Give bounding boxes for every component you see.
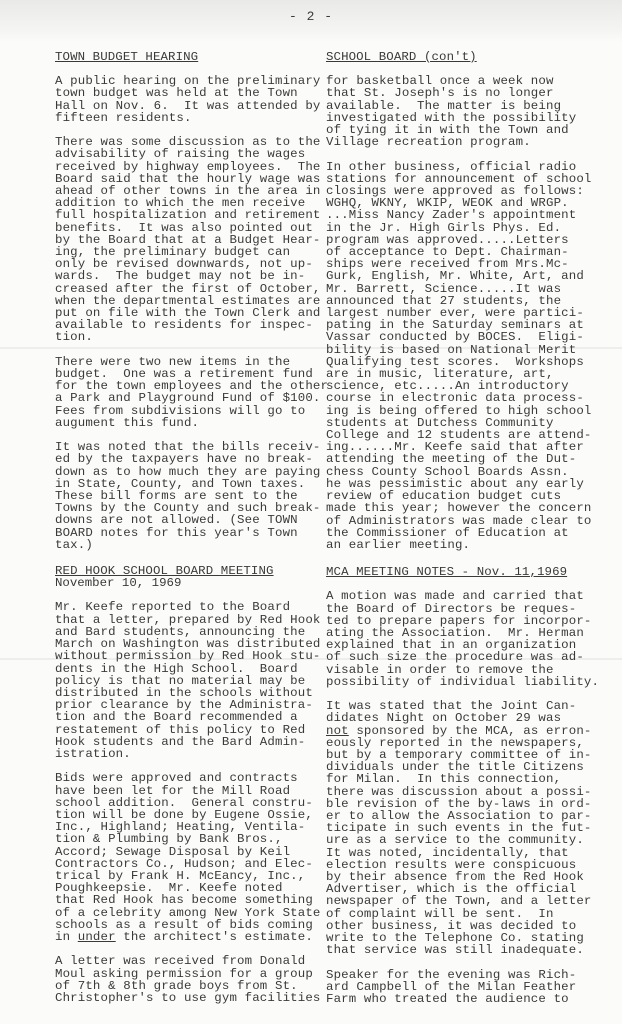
paragraph: It was noted that the bills receiv-ed by… — [55, 441, 317, 551]
red-hook-school-board-section: RED HOOK SCHOOL BOARD MEETING November 1… — [55, 565, 317, 1004]
paragraph-line: without permission by Red Hook stu- — [55, 650, 317, 662]
paragraph-line: Christopher's to use gym facilities — [55, 992, 317, 1004]
paragraph-line: Mr. Keefe reported to the Board — [55, 601, 317, 613]
paragraph: In other business, official radiostation… — [326, 161, 606, 552]
paragraph: A motion was made and carried thatthe Bo… — [326, 590, 606, 688]
paragraph-line: available to residents for inspec- — [55, 319, 317, 331]
paragraph-line: creased after the first of October, — [55, 283, 317, 295]
paragraph-line: Village recreation program. — [326, 136, 606, 148]
paragraph-line: Accord; Sewage Disposal by Keil — [55, 846, 317, 858]
paragraph-line: BOARD notes for this year's Town — [55, 527, 317, 539]
paragraph-line: downs are not allowed. (See TOWN — [55, 514, 317, 526]
paragraph-line: Speaker for the evening was Rich- — [326, 969, 606, 981]
paragraph-line: fifteen residents. — [55, 112, 317, 124]
paragraph-line: dents in the High School. Board — [55, 663, 317, 675]
paragraph-line: visable in order to remove the — [326, 664, 606, 676]
paragraph-line: possibility of individual liability. — [326, 676, 606, 688]
paragraph-line: a Park and Playground Fund of $100. — [55, 392, 317, 404]
paragraph-line: advisability of raising the wages — [55, 148, 317, 160]
left-column: TOWN BUDGET HEARING A public hearing on … — [55, 51, 317, 1004]
mca-meeting-notes-section: MCA MEETING NOTES - Nov. 11,1969 A motio… — [326, 566, 606, 1005]
paragraph-line: A motion was made and carried that — [326, 590, 606, 602]
paragraph: Mr. Keefe reported to the Boardthat a le… — [55, 601, 317, 760]
page-number: - 2 - — [0, 9, 622, 24]
paragraph-line: there was discussion about a possi- — [326, 786, 606, 798]
paragraph-line: augument this fund. — [55, 417, 317, 429]
paragraph-line: course in electronic data process- — [326, 392, 606, 404]
paragraph: Bids were approved and contractshave bee… — [55, 772, 317, 931]
paragraph-line: ed by the taxpayers have no break- — [55, 453, 317, 465]
paragraph: It was stated that the Joint Can-didates… — [326, 700, 606, 724]
paragraph-line: of Administrators was made clear to — [326, 515, 606, 527]
section-date: November 10, 1969 — [55, 577, 317, 589]
paragraph-line: Moul asking permission for a group — [55, 968, 317, 980]
paragraph-line: tax.) — [55, 539, 317, 551]
paragraph: for basketball once a week nowthat St. J… — [326, 75, 606, 148]
paragraph-line: for Milan. In this connection, — [326, 773, 606, 785]
paragraph-line: restatement of this policy to Red — [55, 724, 317, 736]
paragraph-line: A letter was received from Donald — [55, 955, 317, 967]
paragraph-line: of such size the procedure was ad- — [326, 651, 606, 663]
paragraph-line: newspaper of the Town, and a letter — [326, 895, 606, 907]
paragraph-line: an earlier meeting. — [326, 539, 606, 551]
paragraph: eously reported in the newspapers,but by… — [326, 737, 606, 957]
paragraph-line: wards. The budget may not be in- — [55, 270, 317, 282]
paragraph-line: of complaint will be sent. In — [326, 908, 606, 920]
paragraph-line: that St. Joseph's is no longer — [326, 87, 606, 99]
paragraph-line: that service was still inadequate. — [326, 944, 606, 956]
paragraph-line: full hospitalization and retirement — [55, 209, 317, 221]
paragraph: There were two new items in thebudget. O… — [55, 356, 317, 429]
town-budget-hearing-section: TOWN BUDGET HEARING A public hearing on … — [55, 51, 317, 551]
section-heading: MCA MEETING NOTES - Nov. 11,1969 — [326, 566, 606, 578]
paragraph-line: Mr. Barrett, Science.....It was — [326, 283, 606, 295]
paragraph: There was some discussion as to theadvis… — [55, 136, 317, 343]
paragraph-line: in the Jr. High Girls Phys. Ed. — [326, 222, 606, 234]
paragraph-line: Vassar conducted by BOCES. Eligi- — [326, 331, 606, 343]
paragraph-line: of a celebrity among New York State — [55, 907, 317, 919]
paragraph-line: town budget was held at the Town — [55, 87, 317, 99]
paragraph-line: attending the meeting of the Dut- — [326, 453, 606, 465]
paragraph: A public hearing on the preliminarytown … — [55, 75, 317, 124]
paragraph-line: tion. — [55, 331, 317, 343]
paragraph-line: not sponsored by the MCA, as erron- — [326, 725, 606, 737]
school-board-continued-section: SCHOOL BOARD (con't) for basketball once… — [326, 51, 606, 551]
paragraph-line: made this year; however the concern — [326, 502, 606, 514]
paragraph-line: tion & Plumbing by Bank Bros., — [55, 833, 317, 845]
paragraph-line: istration. — [55, 748, 317, 760]
emphasis-underline: under — [78, 930, 116, 944]
right-column: SCHOOL BOARD (con't) for basketball once… — [326, 51, 606, 1005]
paragraph-line: Farm who treated the audience to — [326, 993, 606, 1005]
paragraph-line: In other business, official radio — [326, 161, 606, 173]
paragraph-line: that Red Hook has become something — [55, 894, 317, 906]
paragraph-line: in under the architect's estimate. — [55, 931, 317, 943]
paragraph-line: Bids were approved and contracts — [55, 772, 317, 784]
paragraph: Speaker for the evening was Rich-ard Cam… — [326, 969, 606, 1006]
paragraph-line: tion and the Board recommended a — [55, 711, 317, 723]
section-heading: TOWN BUDGET HEARING — [55, 51, 317, 63]
paragraph-line: Gurk, English, Mr. White, Art, and — [326, 270, 606, 282]
paragraph: A letter was received from DonaldMoul as… — [55, 955, 317, 1004]
paragraph-line: ure as a service to the community. — [326, 834, 606, 846]
paragraph-line: have been let for the Mill Road — [55, 785, 317, 797]
paragraph-line: ...Miss Nancy Zader's appointment — [326, 209, 606, 221]
paragraph-line: Hall on Nov. 6. It was attended by — [55, 100, 317, 112]
section-heading: SCHOOL BOARD (con't) — [326, 51, 606, 63]
paragraph-line: received by highway employees. The — [55, 161, 317, 173]
paragraph-line: benefits. It was also pointed out — [55, 222, 317, 234]
paragraph-line: It was noted, incidentally, that — [326, 847, 606, 859]
paragraph-line: the Board of Directors be reques- — [326, 603, 606, 615]
paragraph-line: available. The matter is being — [326, 100, 606, 112]
